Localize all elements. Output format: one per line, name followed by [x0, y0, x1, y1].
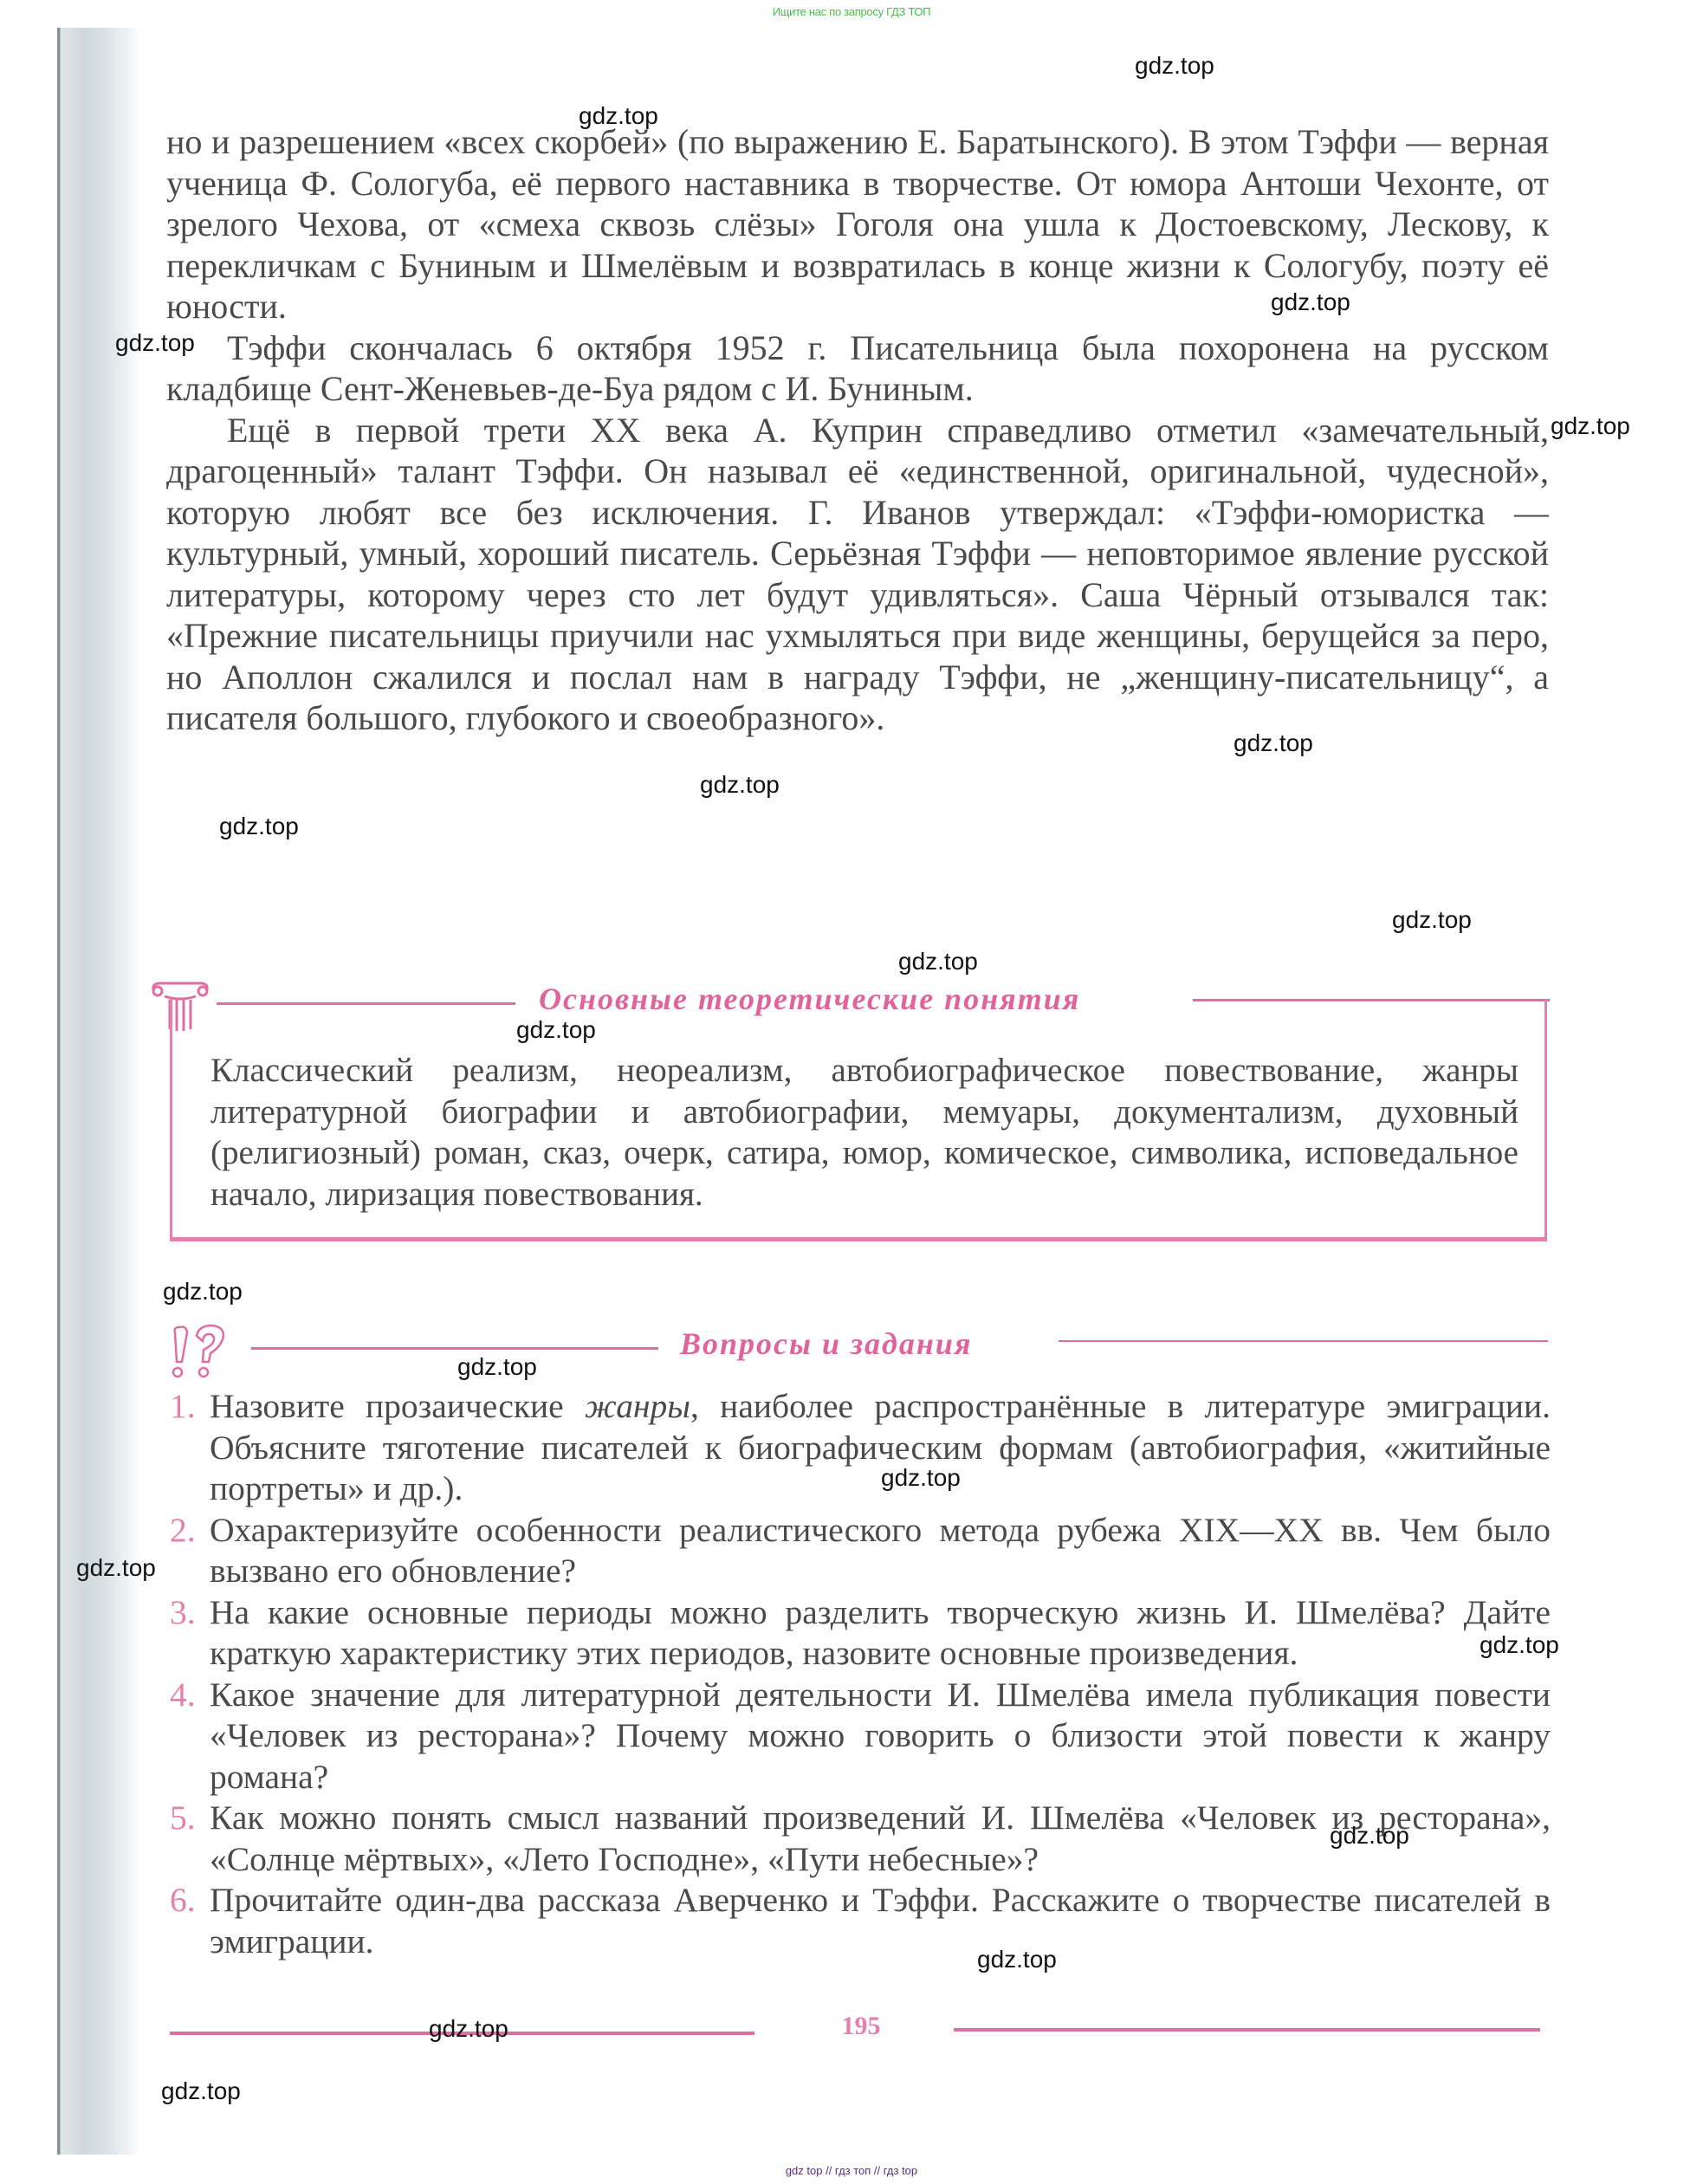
question-item: 3. На какие основные периоды можно разде…: [170, 1592, 1551, 1675]
watermark: gdz.top: [1271, 288, 1350, 316]
question-text: На какие основные периоды можно разделит…: [210, 1592, 1551, 1675]
watermark: gdz.top: [1392, 906, 1472, 934]
watermark: gdz.top: [1330, 1822, 1409, 1850]
watermark: gdz.top: [1234, 729, 1313, 757]
watermark: gdz.top: [219, 813, 299, 840]
question-number: 6.: [170, 1880, 210, 1962]
watermark: gdz.top: [579, 102, 658, 130]
question-number: 2.: [170, 1510, 210, 1592]
watermark: gdz.top: [115, 329, 195, 357]
watermark: gdz.top: [700, 771, 780, 799]
question-item: 4. Какое значение для литературной деяте…: [170, 1675, 1551, 1798]
watermark: gdz.top: [457, 1353, 537, 1381]
questions-rule-right: [1059, 1340, 1548, 1342]
watermark: gdz.top: [76, 1554, 156, 1582]
top-search-banner: Ищите нас по запросу ГДЗ ТОП: [0, 5, 1703, 18]
theory-text: Классический реализм, неореализм, автоби…: [210, 1050, 1518, 1215]
watermark: gdz.top: [881, 1464, 961, 1492]
watermark: gdz.top: [161, 2077, 241, 2105]
question-text: Назовите прозаические жанры, наиболее ра…: [210, 1386, 1551, 1510]
bottom-banner: gdz top // гдз топ // гдз top: [0, 2164, 1703, 2177]
question-item: 2. Охарактеризуйте особенности реалистич…: [170, 1510, 1551, 1592]
watermark: gdz.top: [1551, 412, 1630, 440]
watermark: gdz.top: [163, 1278, 243, 1306]
watermark: gdz.top: [429, 2015, 508, 2043]
page-number: 195: [835, 2012, 887, 2041]
watermark: gdz.top: [1135, 52, 1214, 80]
watermark: gdz.top: [1480, 1631, 1559, 1659]
question-text: Прочитайте один-два рассказа Аверченко и…: [210, 1880, 1551, 1962]
questions-list: 1. Назовите прозаические жанры, наиболее…: [170, 1386, 1551, 1962]
watermark: gdz.top: [898, 948, 978, 975]
questions-rule-left: [251, 1347, 658, 1350]
footer-rule-right: [954, 2028, 1540, 2032]
question-item: 6. Прочитайте один-два рассказа Аверченк…: [170, 1880, 1551, 1962]
paragraph-2: Тэффи скончалась 6 октября 1952 г. Писат…: [166, 327, 1549, 410]
watermark: gdz.top: [516, 1016, 596, 1044]
question-number: 4.: [170, 1675, 210, 1798]
question-number: 5.: [170, 1798, 210, 1880]
question-number: 1.: [170, 1386, 210, 1510]
question-text: Какое значение для литературной деятельн…: [210, 1675, 1551, 1798]
question-text: Охарактеризуйте особенности реалистическ…: [210, 1510, 1551, 1592]
body-text: но и разрешением «всех скорбей» (по выра…: [166, 121, 1549, 739]
paragraph-3: Ещё в первой трети XX века А. Куприн спр…: [166, 410, 1549, 739]
questions-title: Вопросы и задания: [680, 1325, 972, 1362]
exclamation-question-icon: [167, 1324, 236, 1379]
question-item: 1. Назовите прозаические жанры, наиболее…: [170, 1386, 1551, 1510]
watermark: gdz.top: [977, 1946, 1057, 1973]
question-number: 3.: [170, 1592, 210, 1675]
